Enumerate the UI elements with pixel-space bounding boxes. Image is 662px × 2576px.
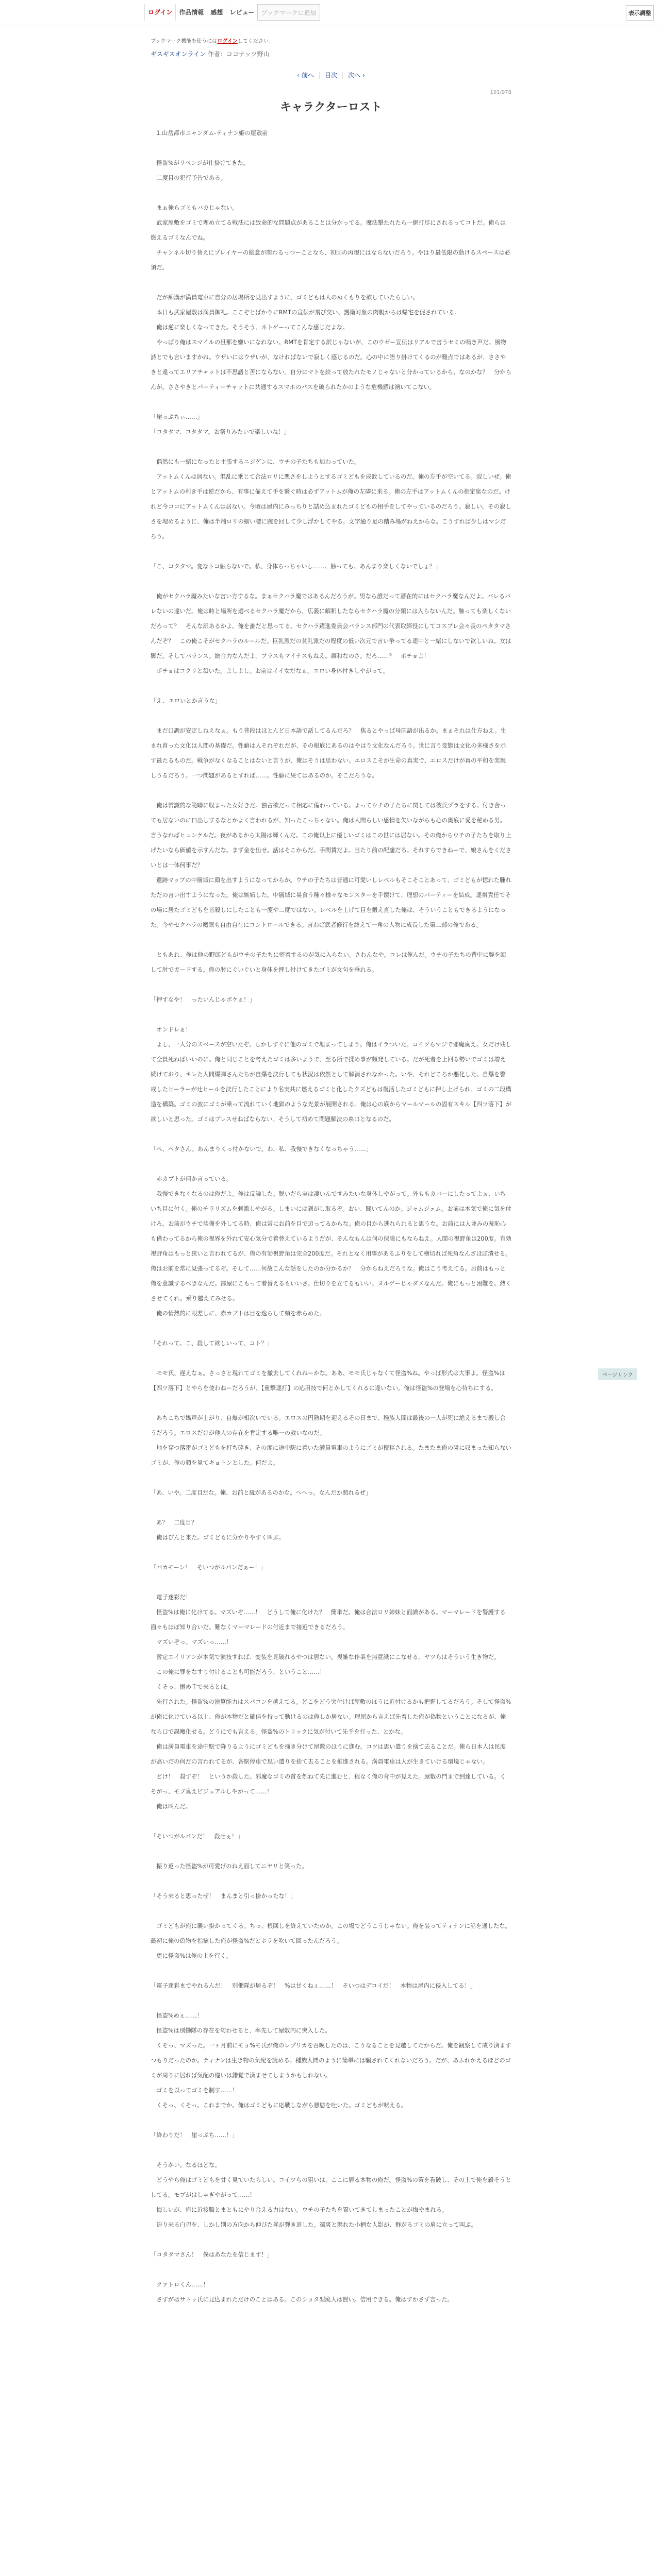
paragraph-gap [151,574,511,589]
paragraph: この俺に罪をなすり付けることも可能だろう、ということ……！ [151,1665,511,1680]
paragraph: 「バカモーン！ そいつがルパンだぁー！」 [151,1560,511,1575]
novel-body: 1.山岳都市ニャンダム-ティナン姫の屋敷前 怪盗%がリベンジが仕掛けてきた。 二… [151,126,511,2307]
paragraph: クァトロくん……！ [151,2277,511,2292]
paragraph-gap [151,395,511,410]
paragraph-gap [151,544,511,559]
paragraph: オンドレぁ！ [151,1022,511,1037]
paragraph: まだ口調が安定しねえなぁ。もう普段はほとんど日本語で話してるんだろ？ 焦るとやっ… [151,723,511,783]
novel-container: ブックマーク機能を使うにはログインしてください。 ギスギスオンライン 作者：ココ… [151,37,511,2307]
paragraph-gap [151,708,511,723]
paragraph: 俺は常識的な範疇に収まった女好きだ。独占欲だって相応に備わっている。よってウチの… [151,798,511,873]
page-link-button[interactable]: ページリンク [598,1368,637,1380]
paragraph-gap [151,1157,511,1172]
paragraph-gap [151,679,511,693]
paragraph-gap [151,1470,511,1485]
paragraph: 怪盗%がリベンジが仕掛けてきた。 [151,156,511,171]
paragraph: 偶然にも一緒になったと主張するニジゲンに、ウチの子たちも加わっていた。 [151,454,511,469]
paragraph-gap [151,1904,511,1919]
paragraph: 「終わりだ！ 崖っぷち……！」 [151,2128,511,2143]
paragraph: 「ぺ、ペタさん。あんまりくっ付かないで。わ、私、我慢できなくなっちゃう……」 [151,1142,511,1157]
top-nav: ログイン 作品情報 感想 レビュー ブックマークに追加 [144,4,320,21]
paragraph: あ？ 二度目？ [151,1515,511,1530]
paragraph: 先行された。怪盗%の演算能力はスパコンを越えてる。どこをどう突付けば屋敷のほうに… [151,1694,511,1739]
top-bar: ログイン 作品情報 感想 レビュー ブックマークに追加 表示調整 [0,0,662,25]
paragraph-gap [151,2262,511,2277]
paragraph: あちこちで嬌声が上がり、自爆が相次いでいる。エロスの円熟期を迎えるその日まで、種… [151,1411,511,1440]
paragraph-gap [151,141,511,156]
author-label: 作者： [208,50,226,58]
paragraph-gap [151,275,511,290]
author-name: ココナッツ野山 [226,50,270,58]
bookmark-note-suffix: してください。 [238,39,274,44]
impressions-link[interactable]: 感想 [207,4,226,21]
paragraph-gap [151,2113,511,2128]
paragraph: 悔しいが、俺に近接職とまともにやり合える力はない。ウチの子たちを置いてきてしまっ… [151,2202,511,2217]
paragraph: チャンネル切り替えにプレイヤーの総意が関わるっつーことなら、初回の再現にはならな… [151,245,511,275]
paragraph: 「そう来ると思ったぜ！ まんまと引っ掛かったな！」 [151,1889,511,1904]
paragraph: 暫定エイリアンが本気で演技すれば、変装を見破れるやつは居ない。複雑な作業を無意識… [151,1650,511,1665]
paragraph: どうやら俺はゴミどもを甘く見ていたらしい。コイツらの狙いは、ここに居る本物の俺だ… [151,2173,511,2202]
paragraph: 振り返った怪盗%が可愛げのねえ面してニヤリと笑った。 [151,1859,511,1874]
paragraph: 「それって。こ、殺して欲しいって、コト？」 [151,1336,511,1351]
paragraph-gap [151,1127,511,1142]
paragraph: 「コタタマさん！ 僕はあなたを信じます！」 [151,2247,511,2262]
paragraph: 本日も武家屋敷は満員御礼。ここぞとばかりにRMTの宣伝が飛び交い、護衛対象の肉親… [151,305,511,320]
paragraph: モモ氏、遅えなぁ。さっさと現れてゴミを撤去してくれねーかな。ああ、モモ氏じゃなく… [151,1366,511,1396]
chapter-pager: ‹ 前へ目次次へ › [151,71,511,79]
paragraph-gap [151,977,511,992]
paragraph: だが痴漢が満員電車に自分の居場所を見出すように、ゴミどもは人のぬくもりを欲してい… [151,290,511,305]
paragraph: そうかい。なるほどな。 [151,2158,511,2173]
paragraph: まぁ俺らゴミもバカじゃない。 [151,200,511,215]
paragraph: さすがはサトゥ氏に見込まれただけのことはある。このショタ型廃人は賢い。信用できる… [151,2292,511,2307]
paragraph: 1.山岳都市ニャンダム-ティナン姫の屋敷前 [151,126,511,141]
paragraph-gap [151,1321,511,1336]
paragraph-gap [151,439,511,454]
prev-chapter-link[interactable]: ‹ 前へ [292,72,319,79]
paragraph: 俺は叫んだ。 [151,1799,511,1814]
login-link[interactable]: ログイン [144,4,175,21]
paragraph: やっぱり俺はスマイルの旦那を嫌いになれない。RMTを肯定する訳じゃないが、このウ… [151,335,511,395]
paragraph: 怪盗%めぇ……！ [151,2008,511,2023]
paragraph: 電子迷彩だ！ [151,1590,511,1605]
review-link[interactable]: レビュー [226,4,257,21]
paragraph-gap [151,783,511,798]
series-title-link[interactable]: ギスギスオンライン [151,50,206,58]
paragraph: よし、一人分のスペースが空いたぞ。しかしすぐに他のゴミで埋まってしまう。俺はイラ… [151,1037,511,1127]
paragraph: 俺はぴんと来た。ゴミどもに分かりやすく叫ぶ。 [151,1530,511,1545]
paragraph: マズいぞっ。マズいっ……！ [151,1635,511,1650]
paragraph: ゴミを以ってゴミを制す……！ [151,2083,511,2098]
paragraph-gap [151,1963,511,1978]
paragraph: 地を穿つ落雷がゴミどもを打ち砕き、その度に途中駅に着いた満員電車のようにゴミが攪… [151,1440,511,1470]
paragraph-gap [151,933,511,947]
bookmark-login-link[interactable]: ログイン [217,39,238,44]
chapter-title: キャラクターロスト [151,98,511,114]
paragraph: 二度目の犯行予告である。 [151,171,511,185]
paragraph: くそっ、マズった。一ヶ月前にモョ%モ氏が俺のレプリカを召喚したのは、こうなること… [151,2038,511,2083]
paragraph: 更に怪盗%は俺の上を行く。 [151,1948,511,1963]
paragraph: 俺がセクハラ魔みたいな言い方するな。まぁセクハラ魔ではあるんだろうが。男なら誰だ… [151,589,511,664]
series-info: ギスギスオンライン 作者：ココナッツ野山 [151,49,511,58]
paragraph-gap [151,1814,511,1829]
paragraph: 「コタタマ、コタタマ。お祭りみたいで楽しいね！」 [151,425,511,439]
paragraph: アットムくんは居ない。混乱に乗じて合法ロリに悪さをしようとするゴミどもを成敗して… [151,469,511,544]
page-number: 191/978 [151,90,511,95]
paragraph: 我慢できなくなるのは俺だよ。俺は反論した。脱いだら実は凄いんですみたいな身体しや… [151,1187,511,1306]
paragraph: 「押すなや！ ったいんじゃボケぁ！」 [151,992,511,1007]
paragraph-gap [151,2143,511,2158]
paragraph: 怪盗%は別働隊の存在を匂わせると、率先して屋敷内に突入した。 [151,2023,511,2038]
paragraph: ゴミどもが俺に襲い掛かってくる。ちっ、根回しを終えていたのか。この場でどうこうじ… [151,1919,511,1948]
paragraph: 俺は逆に楽しくなってきた。そうそう、ネトゲーってこんな感じだよな。 [151,320,511,335]
bookmark-login-note: ブックマーク機能を使うにはログインしてください。 [151,37,511,44]
paragraph-gap [151,1351,511,1366]
paragraph-gap [151,185,511,200]
paragraph: 俺の情熱的に眼差しに、赤カブトは目を逸らして頬を赤らめた。 [151,1306,511,1321]
paragraph-gap [151,1844,511,1859]
paragraph: ポチョはコクリと頷いた。よしよし。お前はイイ女だなぁ。エロい身体付きしやがって。 [151,664,511,679]
paragraph: くそっ、搦め手で来るとは。 [151,1680,511,1694]
table-of-contents-link[interactable]: 目次 [319,72,342,79]
work-info-link[interactable]: 作品情報 [175,4,207,21]
paragraph: 「あ、いや。二度目だな。俺、お前と縁があるのかな。へへっ。なんだか照れるぜ」 [151,1485,511,1500]
paragraph-gap [151,1874,511,1889]
paragraph: 「そいつがルパンだ！ 殺せぇ！」 [151,1829,511,1844]
paragraph: ともあれ、俺は他の野郎どもがウチの子たちに密着するのが気に入らない。さわんなや。… [151,947,511,977]
paragraph-gap [151,1575,511,1590]
paragraph-gap [151,1396,511,1411]
paragraph: 迫り来る白刃を、しかし別の方向から伸びた斧が弾き返した。颯爽と現れた小柄な人影が… [151,2217,511,2232]
paragraph: 俺は満員電車を途中駅で降りるようにゴミどもを掻き分けて屋敷のほうに進む。コツは思… [151,1739,511,1769]
paragraph: 「崖っぷちぃ……」 [151,410,511,425]
paragraph: 武家屋敷をゴミで埋め立てる戦法には致命的な問題点があることは分かってる。魔法撃た… [151,215,511,245]
paragraph: 「こ、コタタマ。変なトコ触らないで。私、身体ちっちゃいし……。触っても、あんまり… [151,559,511,574]
paragraph: 遺跡マップの中層域に顔を出すようになってからか。ウチの子たちは普通に可愛いしレベ… [151,873,511,933]
display-settings-button[interactable]: 表示調整 [626,5,654,21]
paragraph: どけ！ 殺すぞ！ というか殺した。邪魔なゴミの首を刎ねて先に進むと、程なく俺の背… [151,1769,511,1799]
paragraph-gap [151,1545,511,1560]
paragraph: 「え、エロいとか言うな」 [151,693,511,708]
paragraph: 赤カブトが何か言っている。 [151,1172,511,1187]
next-chapter-link[interactable]: 次へ › [342,72,370,79]
paragraph-gap [151,1993,511,2008]
paragraph: くそっ、くそっ。これまでか。俺はゴミどもに応戦しながら悪態を吐いた。ゴミどもが吠… [151,2098,511,2113]
add-bookmark-button[interactable]: ブックマークに追加 [257,4,320,21]
paragraph: 「電子迷彩までやれるんだ！ 別働隊が居るぞ！ %は甘くねぇ……！ そいつはデコイ… [151,1978,511,1993]
paragraph-gap [151,1007,511,1022]
paragraph: 怪盗%は俺に化けてる。マズいぞ……！ どうして俺に化けた？ 簡単だ。俺は合法ロリ… [151,1605,511,1635]
paragraph-gap [151,2232,511,2247]
bookmark-note-prefix: ブックマーク機能を使うには [151,39,217,44]
paragraph-gap [151,1500,511,1515]
